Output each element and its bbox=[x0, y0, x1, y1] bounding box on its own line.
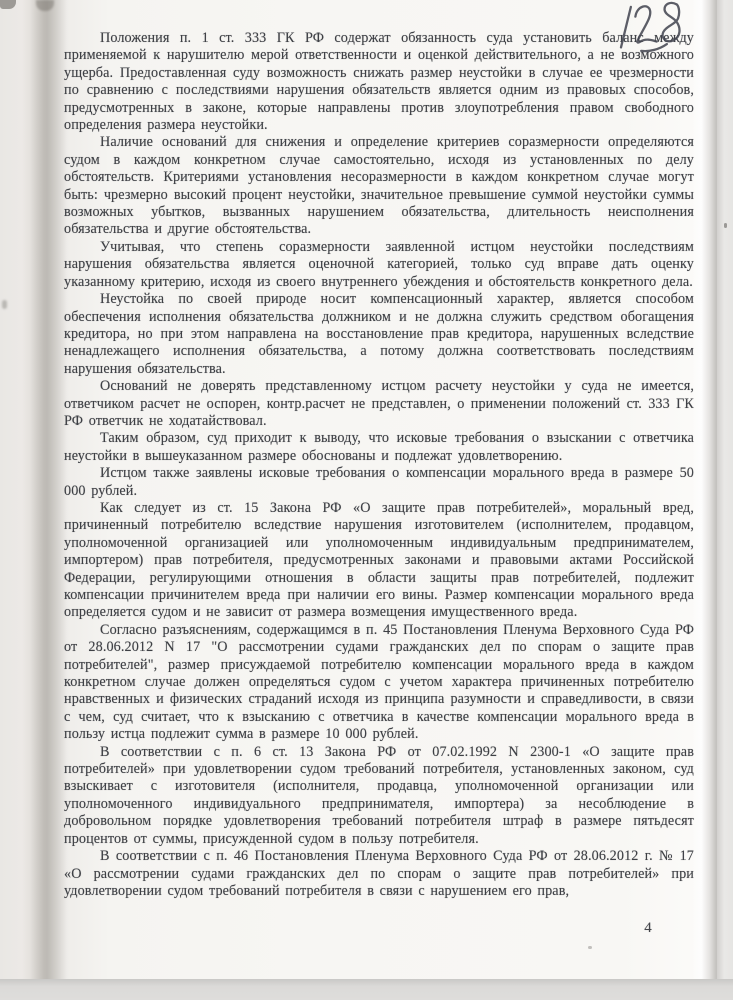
handwritten-digit-1 bbox=[619, 7, 633, 48]
paragraph: В соответствии с п. 6 ст. 13 Закона РФ о… bbox=[64, 744, 694, 848]
handwritten-folio-number: 128 bbox=[597, 0, 700, 59]
handwritten-flourish bbox=[641, 44, 667, 51]
scan-corner-smudge bbox=[0, 0, 16, 9]
page-left-crease-shadow bbox=[30, 0, 68, 979]
paragraph: Наличие оснований для снижения и определ… bbox=[64, 134, 694, 238]
scan-speck bbox=[588, 946, 592, 949]
paragraph: Таким образом, суд приходит к выводу, чт… bbox=[64, 430, 694, 465]
scanner-background-bottom bbox=[0, 979, 733, 1000]
paragraph: Оснований не доверять представленному ис… bbox=[64, 378, 694, 430]
scanned-page: Положения п. 1 ст. 333 ГК РФ содержат об… bbox=[0, 0, 733, 1000]
scan-speck bbox=[2, 300, 7, 309]
paragraph: Учитывая, что степень соразмерности заяв… bbox=[64, 239, 694, 291]
page-number: 4 bbox=[636, 920, 660, 937]
handwritten-digit-2 bbox=[635, 6, 657, 43]
scanner-background-right bbox=[717, 0, 733, 979]
handwritten-digit-8 bbox=[661, 3, 681, 42]
paragraph: Неустойка по своей природе носит компенс… bbox=[64, 291, 694, 378]
paragraph: В соответствии с п. 46 Постановления Пле… bbox=[64, 848, 694, 900]
paper-sheet: Положения п. 1 ст. 333 ГК РФ содержат об… bbox=[0, 0, 717, 979]
judgment-text: Положения п. 1 ст. 333 ГК РФ содержат об… bbox=[64, 30, 694, 900]
page-fold-edge bbox=[692, 0, 717, 979]
paragraph: Как следует из ст. 15 Закона РФ «О защит… bbox=[64, 500, 694, 622]
scan-speck bbox=[724, 223, 727, 228]
paragraph: Истцом также заявлены исковые требования… bbox=[64, 465, 694, 500]
paragraph: Согласно разъяснениям, содержащимся в п.… bbox=[64, 622, 694, 744]
